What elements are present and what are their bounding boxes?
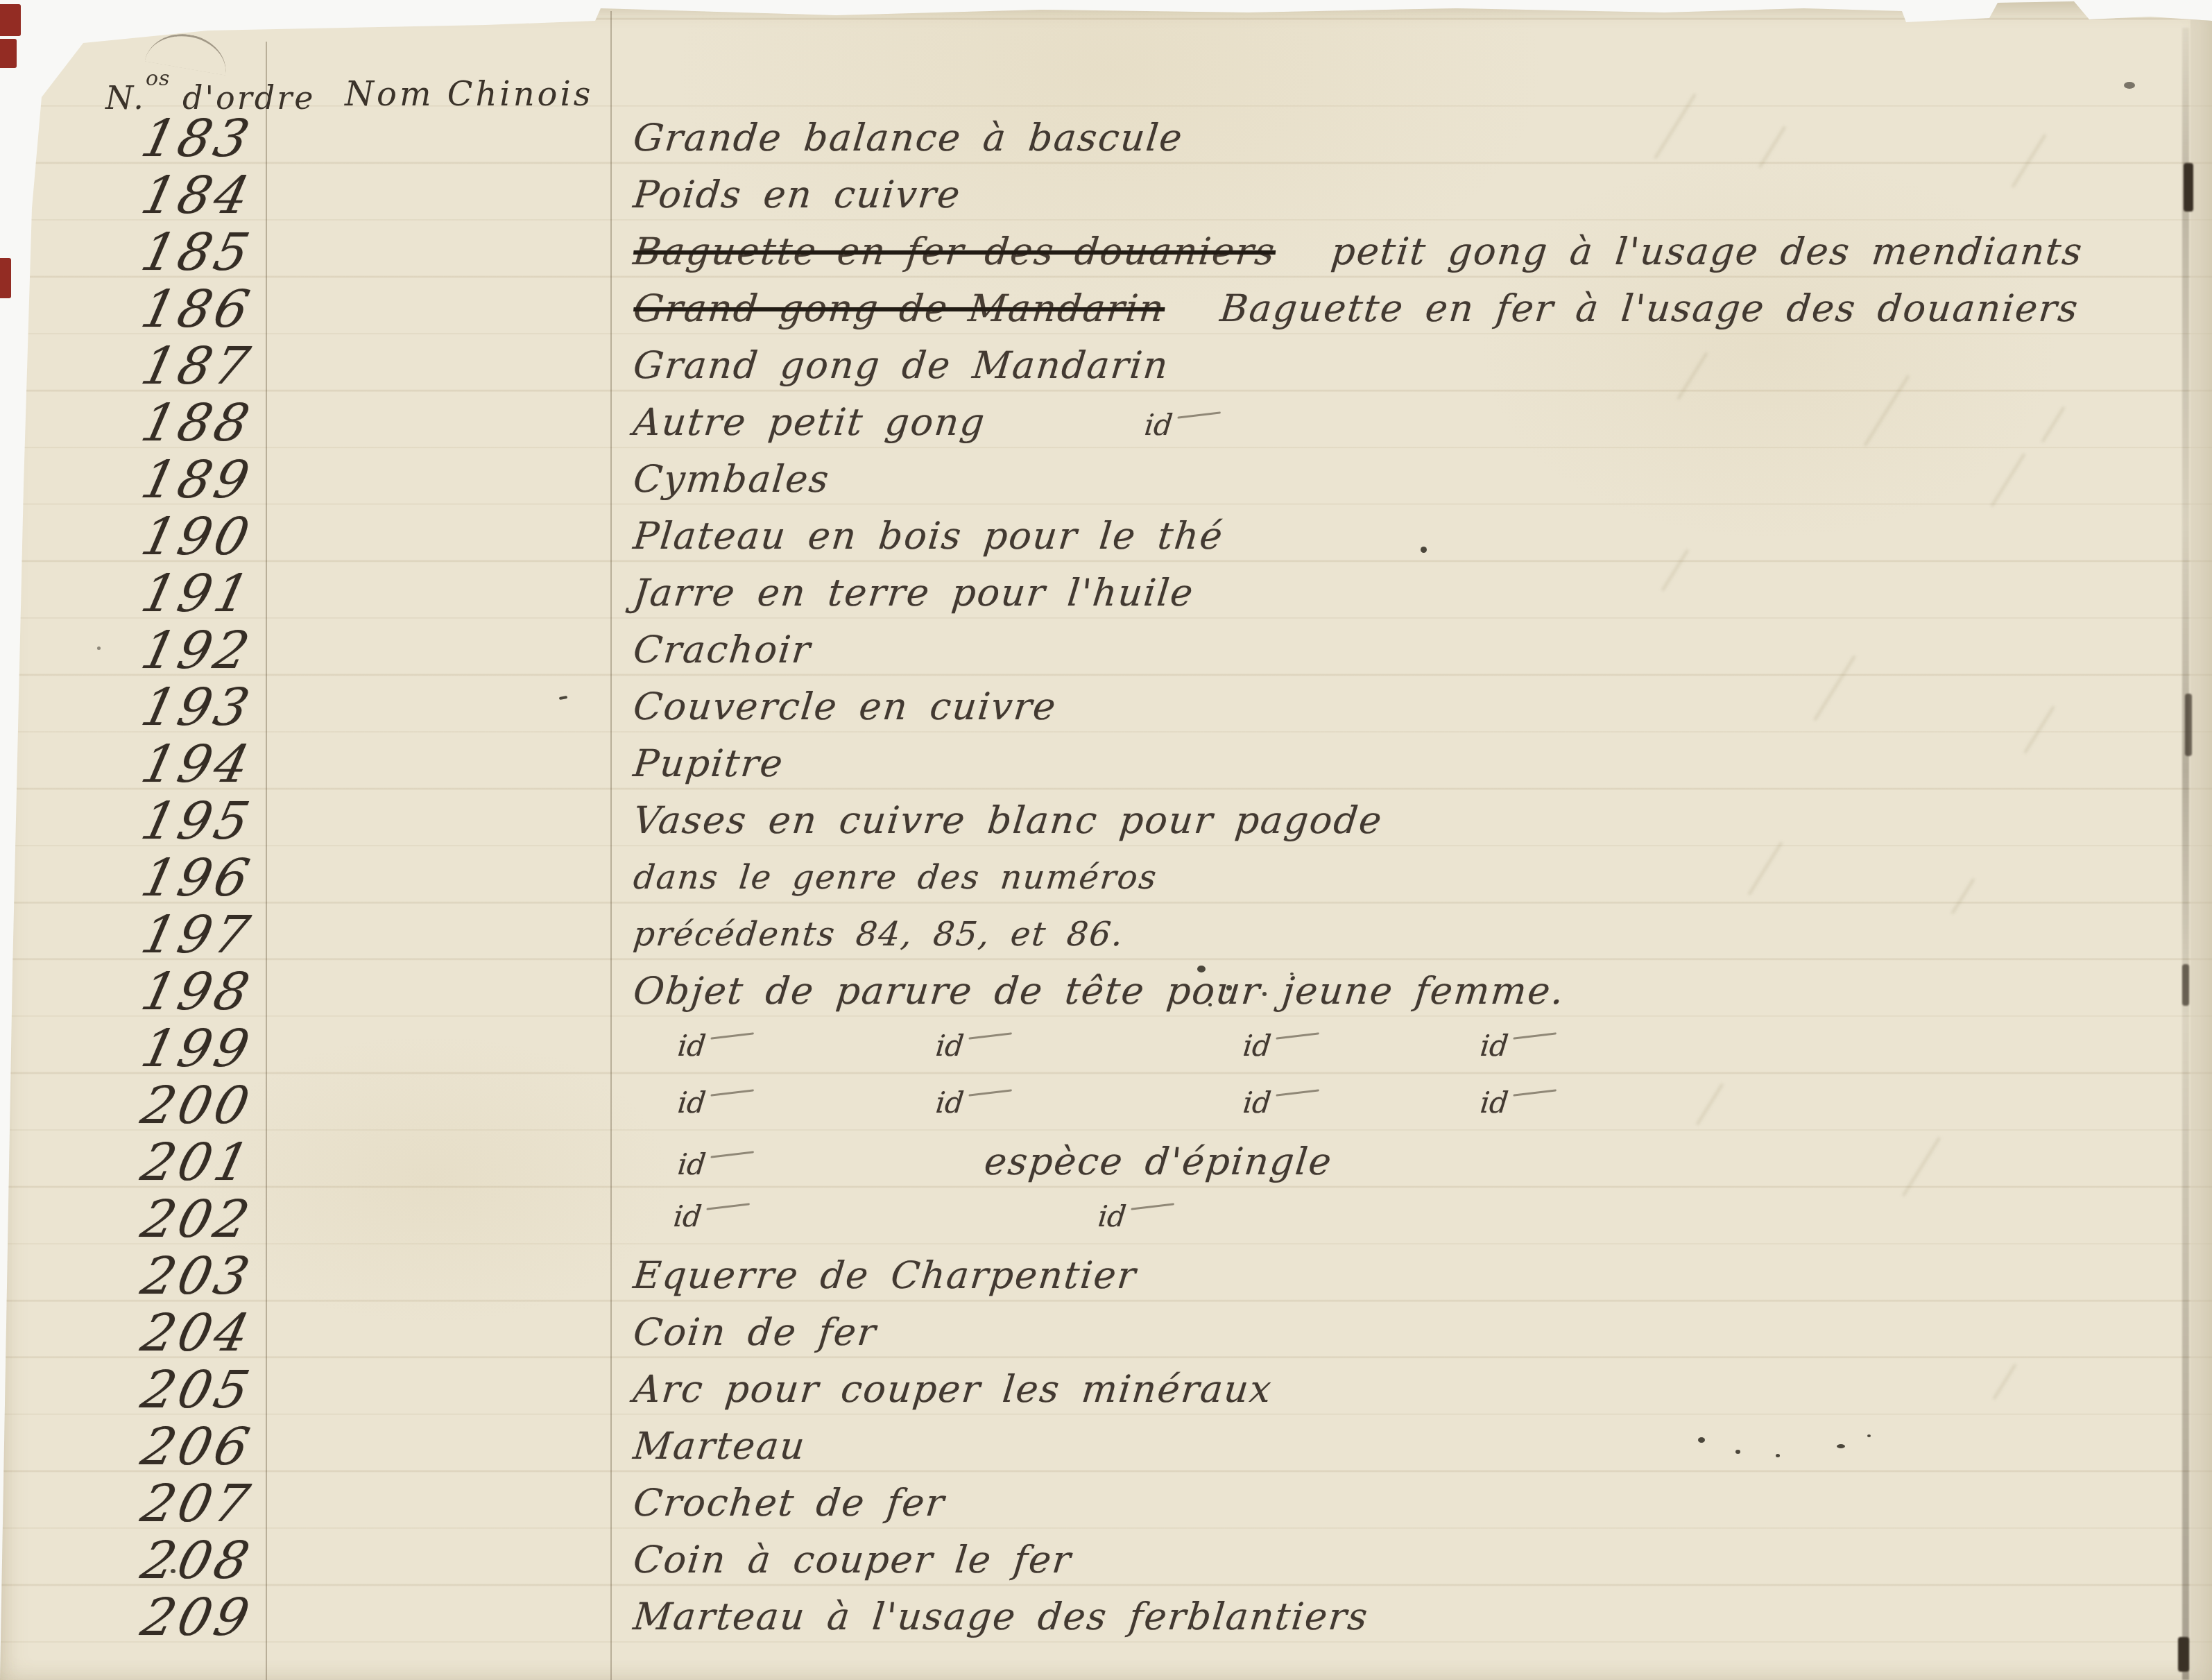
ink-speck [1290,972,1294,975]
row-number: 186 [0,280,264,338]
table-row: 195 Vases en cuivre blanc pour pagode [0,792,2212,849]
row-description: Baguette en fer à l'usage des douaniers [1218,286,2081,332]
row-content: Grand gong de Mandarin [631,337,2212,388]
name-column-header: Nom Chinois [345,75,593,114]
row-description: Poids en cuivre [631,172,963,218]
row-number: 191 [0,565,264,623]
adjacent-page-edge [2190,18,2212,1680]
row-description: Plateau en bois pour le thé [631,513,1226,559]
row-content: Poids en cuivre [631,166,2212,218]
row-description: Arc pour couper les minéraux [631,1366,1275,1412]
table-row: 192 Crachoir [0,622,2212,678]
row-content: Grande balance à bascule [631,110,2212,161]
table-row: 185 Baguette en fer des douanierspetit g… [0,223,2212,280]
ditto-mark: id [676,1082,758,1124]
row-description: Autre petit gong [631,400,988,445]
paper-sheet: N.os d'ordre Nom Chinois 183 Grande bala… [0,0,2212,1680]
row-content: Coin de fer [631,1304,2212,1355]
table-row: 200 idididid [0,1077,2212,1133]
crease-stain [2182,964,2189,1006]
row-content: Grand gong de MandarinBaguette en fer à … [631,280,2212,332]
ditto-mark: id [1241,1082,1323,1124]
red-edge-mark [0,4,21,36]
row-description: Crochet de fer [631,1480,948,1526]
row-number: 187 [0,337,264,395]
row-content: précédents 84, 85, et 86. [631,906,2212,957]
row-description: Coin à couper le fer [631,1537,1074,1583]
paper-blemish [2124,82,2135,89]
row-description: Vases en cuivre blanc pour pagode [631,798,1385,843]
table-row: 196 dans le genre des numéros [0,849,2212,906]
table-row: 199 idididid [0,1020,2212,1077]
ditto-mark: id [1478,1025,1561,1067]
table-row: 190 Plateau en bois pour le thé [0,508,2212,565]
row-description: Marteau à l'usage des ferblantiers [631,1594,1371,1640]
row-number: 199 [0,1020,264,1078]
row-content: Marteau [631,1418,2212,1469]
row-content: Marteau à l'usage des ferblantiers [631,1588,2212,1640]
table-row: 204 Coin de fer [0,1304,2212,1361]
row-content: dans le genre des numéros [631,849,2212,900]
crease-stain [2178,1637,2189,1672]
row-description: Cymbales [631,456,832,502]
table-row: 191 Jarre en terre pour l'huile [0,565,2212,622]
row-number: 205 [0,1361,264,1419]
table-row: 203 Equerre de Charpentier [0,1247,2212,1304]
row-content: idididid [631,1077,2212,1124]
ink-speck [1776,1454,1780,1457]
row-description: Grande balance à bascule [631,115,1185,161]
row-number: 188 [0,394,264,452]
row-description: Marteau [631,1423,808,1469]
row-number: 200 [0,1077,264,1135]
table-row: 197 précédents 84, 85, et 86. [0,906,2212,963]
crease-stain [2184,163,2193,212]
row-number: 203 [0,1247,264,1305]
page-crease [2182,28,2189,1680]
struck-text: Grand gong de Mandarin [631,286,1167,332]
row-content: Jarre en terre pour l'huile [631,565,2212,616]
row-description: Crachoir [631,627,814,673]
table-row: 198 Objet de parure de tête pour jeune f… [0,963,2212,1020]
row-number: 201 [0,1133,264,1192]
row-number: 190 [0,508,264,566]
row-content: Pupitre [631,735,2212,787]
row-description: petit gong à l'usage des mendiants [1329,229,2085,275]
row-number: 194 [0,735,264,794]
row-content: Equerre de Charpentier [631,1247,2212,1298]
row-content: idididid [631,1020,2212,1067]
ink-speck [97,646,101,650]
ditto-mark: id [676,1144,758,1185]
scanned-ledger-page: N.os d'ordre Nom Chinois 183 Grande bala… [0,0,2212,1680]
ditto-mark: id [676,1025,758,1067]
table-row: 205 Arc pour couper les minéraux [0,1361,2212,1418]
row-number: 196 [0,849,264,907]
row-number: 192 [0,622,264,680]
ink-speck [1867,1434,1871,1437]
ink-speck [171,1569,175,1573]
struck-text: Baguette en fer des douaniers [631,229,1278,275]
row-content: Objet de parure de tête pour jeune femme… [631,963,2212,1014]
table-row: 189 Cymbales [0,451,2212,508]
row-number: 185 [0,223,264,282]
ditto-mark: id [934,1082,1016,1124]
row-content: idespèce d'épingle [631,1133,2212,1185]
table-row: 183 Grande balance à bascule [0,110,2212,166]
row-content: Coin à couper le fer [631,1532,2212,1583]
table-row: 187 Grand gong de Mandarin [0,337,2212,394]
table-row: 193 Couvercle en cuivre [0,678,2212,735]
ink-speck [1421,547,1427,553]
table-row: 208 Coin à couper le fer [0,1532,2212,1588]
table-row: 209 Marteau à l'usage des ferblantiers [0,1588,2212,1645]
row-number: 189 [0,451,264,509]
ink-speck [1698,1437,1705,1443]
ditto-mark: id [1241,1025,1323,1067]
table-row: 186 Grand gong de MandarinBaguette en fe… [0,280,2212,337]
red-edge-mark [0,258,11,298]
table-row: 201 idespèce d'épingle [0,1133,2212,1190]
row-number: 202 [0,1190,264,1249]
table-row: 194 Pupitre [0,735,2212,792]
row-number: 197 [0,906,264,964]
row-number: 183 [0,110,264,168]
row-description: précédents 84, 85, et 86. [631,911,1126,957]
row-content: idid [631,1190,2212,1237]
ditto-mark: id [671,1196,754,1237]
row-description: Coin de fer [631,1310,879,1355]
table-row: 202 idid [0,1190,2212,1247]
table-row: 206 Marteau [0,1418,2212,1475]
row-content: Couvercle en cuivre [631,678,2212,730]
ink-speck [1208,1003,1212,1006]
row-number: 206 [0,1418,264,1476]
row-description: Objet de parure de tête pour jeune femme… [631,968,1567,1014]
row-number: 209 [0,1588,264,1647]
row-number: 195 [0,792,264,850]
row-content: Baguette en fer des douanierspetit gong … [631,223,2212,275]
table-row: 207 Crochet de fer [0,1475,2212,1532]
ink-speck [1735,1450,1740,1454]
red-edge-mark [0,39,17,68]
ditto-mark: id [1142,404,1225,446]
row-description: Jarre en terre pour l'huile [631,570,1197,616]
row-content: Crachoir [631,622,2212,673]
row-description: Grand gong de Mandarin [631,343,1172,388]
ink-speck [1837,1444,1845,1448]
ink-speck [1262,992,1267,996]
row-description: dans le genre des numéros [631,855,1160,900]
table-row: 184 Poids en cuivre [0,166,2212,223]
row-description: espèce d'épingle [982,1139,1335,1185]
ink-speck [1226,985,1232,991]
row-content: Crochet de fer [631,1475,2212,1526]
row-description: Equerre de Charpentier [631,1253,1139,1298]
crease-stain [2185,694,2192,756]
row-number: 184 [0,166,264,225]
ditto-mark: id [934,1025,1016,1067]
row-content: Vases en cuivre blanc pour pagode [631,792,2212,843]
ink-speck [1197,966,1206,972]
row-description: Pupitre [631,741,786,787]
ditto-mark: id [1096,1196,1178,1237]
row-content: Cymbales [631,451,2212,502]
ditto-mark: id [1478,1082,1561,1124]
row-content: Arc pour couper les minéraux [631,1361,2212,1412]
row-number: 193 [0,678,264,737]
row-number: 198 [0,963,264,1021]
row-number: 207 [0,1475,264,1533]
row-number: 208 [0,1532,264,1590]
row-number: 204 [0,1304,264,1362]
row-content: Autre petit gongid [631,394,2212,446]
row-description: Couvercle en cuivre [631,684,1059,730]
order-header-superscript: os [146,67,170,91]
